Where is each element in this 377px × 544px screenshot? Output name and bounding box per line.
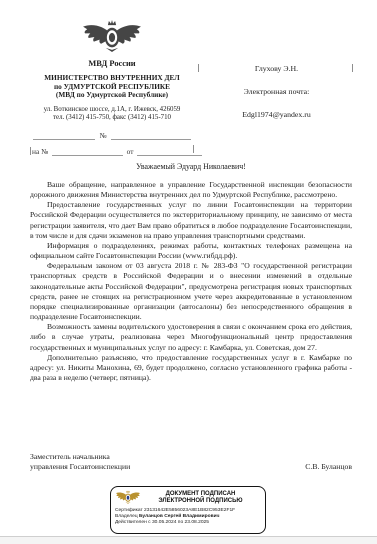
header-zone-tick-left — [30, 147, 31, 155]
recipient-email-label: Электронная почта: — [200, 87, 353, 96]
paragraph: Предоставление государственных услуг по … — [30, 200, 352, 241]
signer-position-line-2: управления Госавтоинспекции — [30, 462, 130, 472]
signer-position-line-1: Заместитель начальника — [30, 452, 130, 462]
ref-from-label: от — [123, 147, 138, 156]
signer-name: С.В. Буланцов — [305, 462, 352, 472]
stamp-owner-label: Владелец — [115, 514, 138, 519]
header-org-block: МВД России МИНИСТЕРСТВО ВНУТРЕННИХ ДЕЛ п… — [22, 18, 202, 156]
paragraph: Ваше обращение, направленное в управлени… — [30, 180, 352, 200]
ref-label: на № — [28, 147, 52, 156]
stamp-owner-name: Буланцов Сергей Владимирович — [139, 514, 220, 519]
electronic-signature-stamp: ДОКУМЕНТ ПОДПИСАН ЭЛЕКТРОННОЙ ПОДПИСЬЮ С… — [110, 486, 266, 534]
outgoing-date-blank — [33, 131, 95, 140]
recipient-name: Глухову Э.Н. — [200, 64, 353, 73]
address-zone-tick-left — [198, 64, 199, 72]
ref-number-blank — [52, 147, 122, 156]
reference-number-row: на № от — [22, 147, 202, 156]
header-zone-tick-right — [193, 145, 194, 153]
org-name-short: МВД России — [22, 59, 202, 68]
stamp-title-line-2: ЭЛЕКТРОННОЙ ПОДПИСЬЮ — [141, 498, 260, 505]
letter-body: Уважаемый Эдуард Николаевич! Ваше обраще… — [30, 162, 352, 383]
recipient-block: Глухову Э.Н. Электронная почта: Edgl1974… — [200, 60, 353, 119]
outgoing-number-blank — [111, 131, 191, 140]
org-address: ул. Воткинское шоссе, д.1А, г. Ижевск, 4… — [22, 106, 202, 114]
stamp-validity: Действителен с 30.05.2024 по 23.08.2025 — [115, 520, 260, 526]
paragraph: Возможность замены водительского удостов… — [30, 322, 352, 352]
signature-block: Заместитель начальника управления Госавт… — [30, 452, 352, 472]
paragraph: Информация о подразделениях, режимах раб… — [30, 241, 352, 261]
salutation: Уважаемый Эдуард Николаевич! — [30, 162, 352, 171]
recipient-email: Edgl1974@yandex.ru — [200, 110, 353, 119]
outgoing-number-row: № — [22, 131, 202, 140]
ministry-line-3: (МВД по Удмуртской Республике) — [22, 91, 202, 100]
letter-page: МВД России МИНИСТЕРСТВО ВНУТРЕННИХ ДЕЛ п… — [0, 0, 377, 544]
org-phone: тел. (3412) 415-750, факс (3412) 415-710 — [22, 114, 202, 122]
paragraph: Дополнительно разъясняю, что предоставле… — [30, 353, 352, 383]
page-bottom-edge — [0, 536, 377, 544]
number-label: № — [95, 131, 110, 140]
paragraph: Федеральным законом от 03 августа 2018 г… — [30, 261, 352, 322]
stamp-title-line-1: ДОКУМЕНТ ПОДПИСАН — [141, 491, 260, 498]
mvd-emblem-icon — [22, 18, 202, 58]
stamp-mvd-emblem-icon — [115, 489, 141, 506]
